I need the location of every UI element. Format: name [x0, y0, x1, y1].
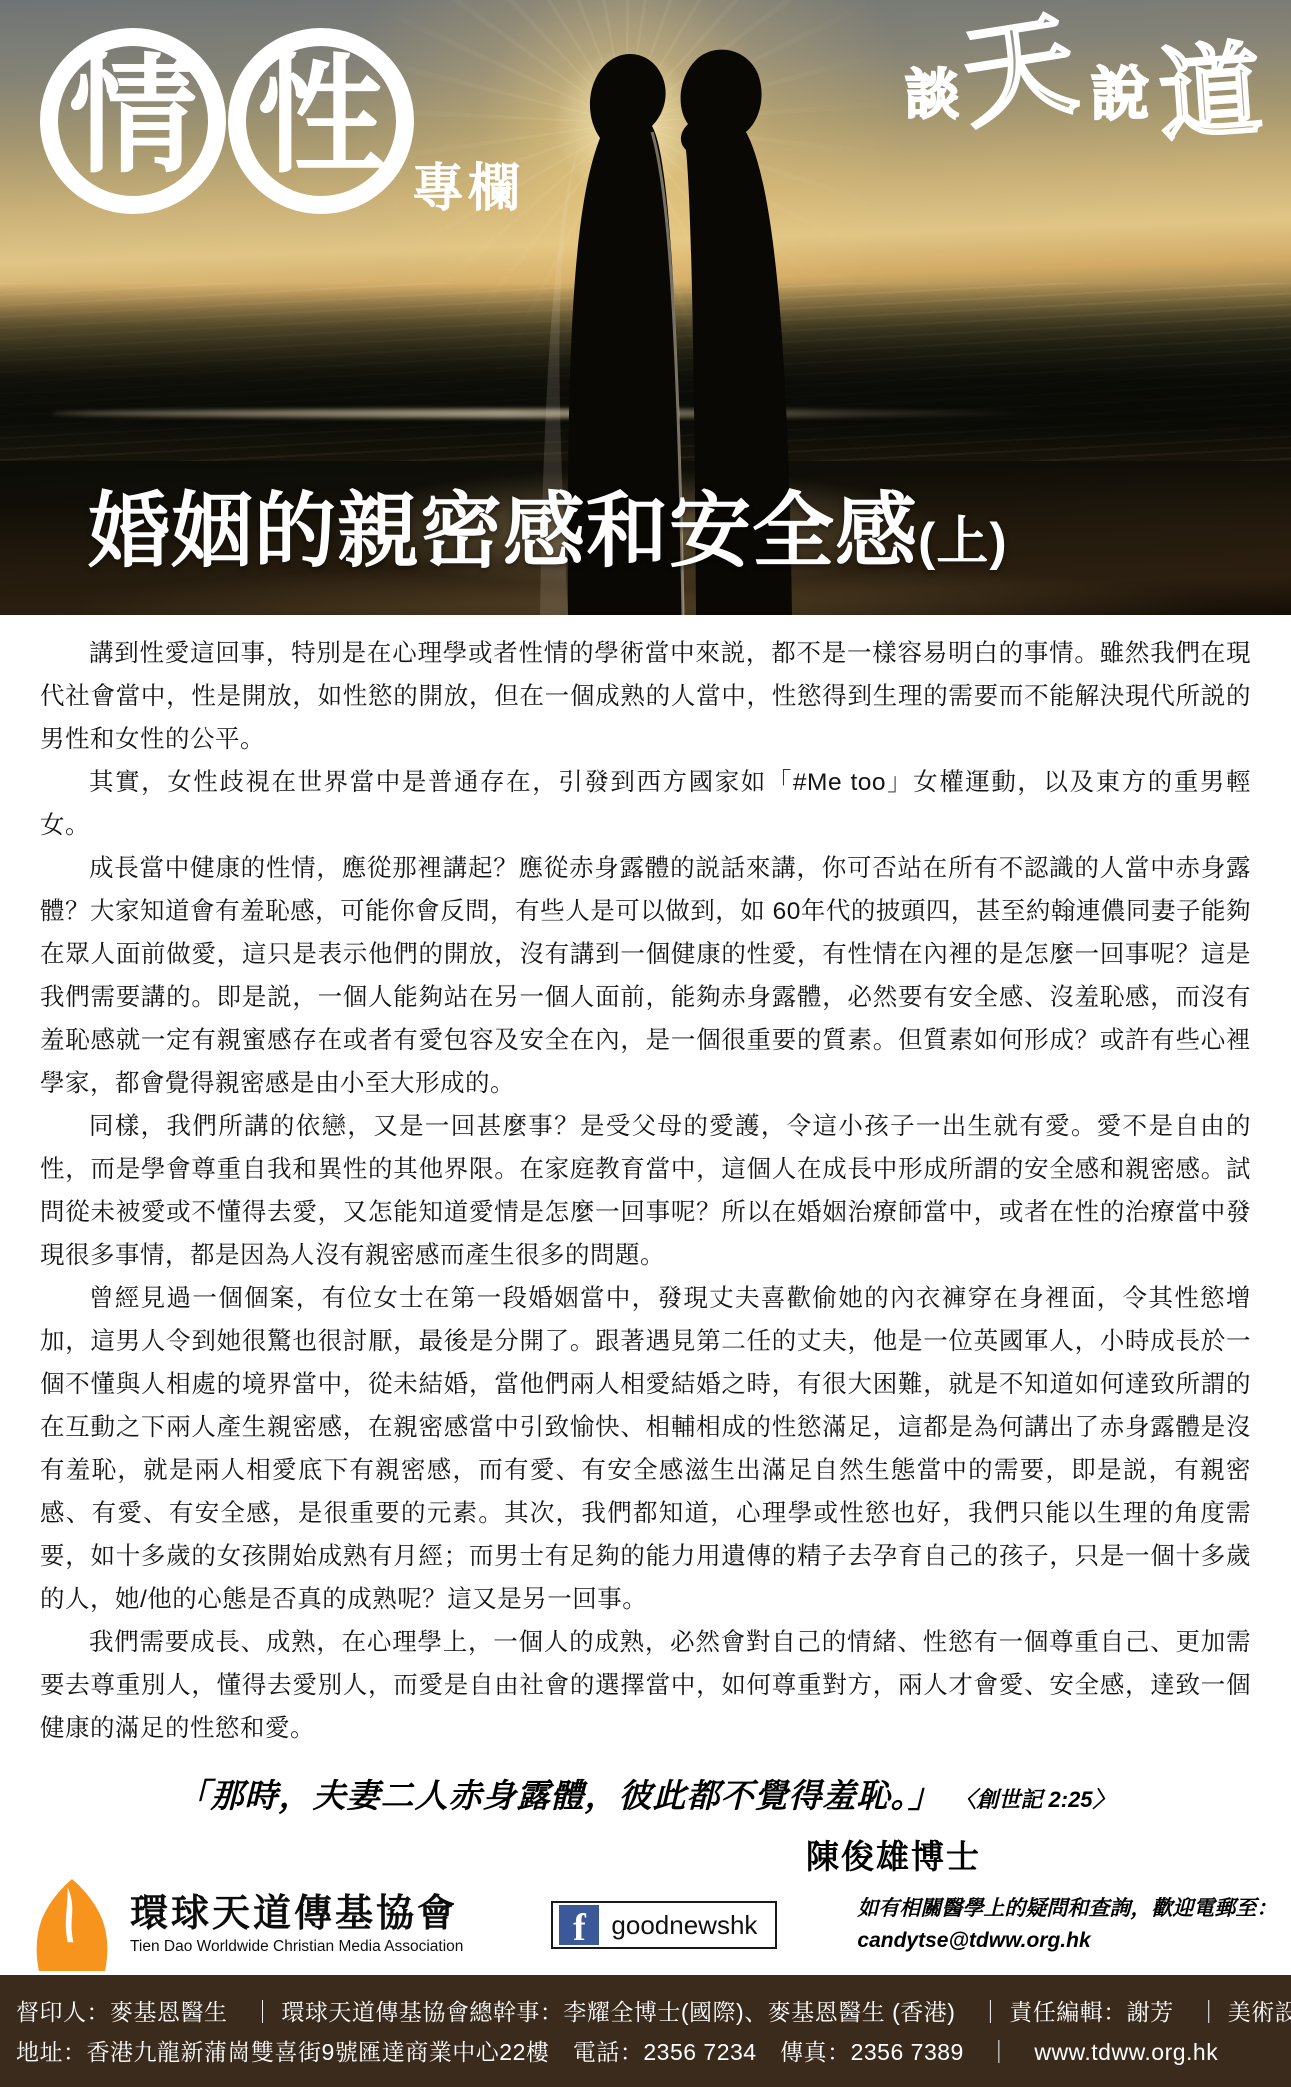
- org-names: 環球天道傳基協會 Tien Dao Worldwide Christian Me…: [130, 1894, 463, 1957]
- org-logo-flame-icon: [28, 1879, 116, 1971]
- publication-credits-bar: 督印人：麥基恩醫生 ｜ 環球天道傳基協會總幹事：李耀全博士(國際)、麥基恩醫生 …: [0, 1975, 1291, 2087]
- footer-band: 環球天道傳基協會 Tien Dao Worldwide Christian Me…: [0, 1875, 1291, 1975]
- article-paragraph: 其實，女性歧視在世界當中是普通存在，引發到西方國家如「#Me too」女權運動，…: [40, 761, 1251, 847]
- article-paragraph: 我們需要成長、成熟，在心理學上，一個人的成熟，必然會對自己的情緒、性慾有一個尊重…: [40, 1621, 1251, 1750]
- org-name-en: Tien Dao Worldwide Christian Media Assoc…: [130, 1938, 463, 1956]
- xing-circle-badge: 性: [228, 28, 414, 214]
- address-line: 地址：香港九龍新蒲崗雙喜街9號匯達商業中心22樓 電話：2356 7234 傳真…: [16, 2032, 1275, 2072]
- article-paragraph: 講到性愛這回事，特別是在心理學或者性情的學術當中來説，都不是一樣容易明白的事情。…: [40, 632, 1251, 761]
- article-body: 講到性愛這回事，特別是在心理學或者性情的學術當中來説，都不是一樣容易明白的事情。…: [0, 615, 1291, 1932]
- contact-block: 如有相關醫學上的疑問和查詢，歡迎電郵至： candytse@tdww.org.h…: [857, 1893, 1277, 1957]
- facebook-badge[interactable]: f goodnewshk: [551, 1901, 777, 1949]
- facebook-icon: f: [559, 1905, 599, 1945]
- qing-character: 情: [69, 53, 197, 181]
- contact-email[interactable]: candytse@tdww.org.hk: [857, 1925, 1277, 1957]
- calligraphy-char-dao: 道: [1156, 39, 1265, 148]
- scripture-reference: 〈創世記 2:25〉: [954, 1787, 1114, 1812]
- calligraphy-char-shuo: 說: [1091, 66, 1149, 124]
- website-link[interactable]: www.tdww.org.hk: [1034, 2039, 1218, 2065]
- author-name: 陳俊雄博士: [806, 1831, 1251, 1878]
- magazine-page: 情 性 專欄 談 天 說 道 婚姻的親密感和安全感(上) 講到性愛這回事，特別是…: [0, 0, 1291, 2087]
- scripture-quote: 「那時，夫妻二人赤身露體，彼此都不覺得羞恥。」: [176, 1777, 942, 1814]
- credits-line: 督印人：麥基恩醫生 ｜ 環球天道傳基協會總幹事：李耀全博士(國際)、麥基恩醫生 …: [16, 1992, 1275, 2032]
- column-label: 專欄: [412, 146, 524, 221]
- org-name-zh: 環球天道傳基協會: [130, 1894, 463, 1936]
- qing-circle-badge: 情: [40, 28, 226, 214]
- header-photo: 情 性 專欄 談 天 說 道 婚姻的親密感和安全感(上): [0, 0, 1291, 615]
- article-title: 婚姻的親密感和安全感(上): [88, 466, 1008, 583]
- org-identity: 環球天道傳基協會 Tien Dao Worldwide Christian Me…: [28, 1879, 463, 1971]
- article-paragraph: 成長當中健康的性情，應從那裡講起？應從赤身露體的説話來講，你可否站在所有不認識的…: [40, 847, 1251, 1105]
- xing-character: 性: [257, 53, 385, 181]
- contact-note: 如有相關醫學上的疑問和查詢，歡迎電郵至：: [857, 1893, 1277, 1925]
- address-text: 地址：香港九龍新蒲崗雙喜街9號匯達商業中心22樓 電話：2356 7234 傳真…: [16, 2039, 1034, 2065]
- article-paragraph: 同樣，我們所講的依戀，又是一回甚麼事？是受父母的愛護，令這小孩子一出生就有愛。愛…: [40, 1105, 1251, 1277]
- scripture-quote-row: 「那時，夫妻二人赤身露體，彼此都不覺得羞恥。」 〈創世記 2:25〉: [40, 1770, 1251, 1817]
- article-paragraph: 曾經見過一個個案，有位女士在第一段婚姻當中，發現丈夫喜歡偷她的內衣褲穿在身裡面，…: [40, 1277, 1251, 1621]
- article-title-main: 婚姻的親密感和安全感: [88, 486, 918, 577]
- masthead-calligraphy: 談 天 說 道: [905, 20, 1265, 190]
- facebook-page-name: goodnewshk: [611, 1910, 757, 1941]
- calligraphy-char-tian: 天: [955, 8, 1083, 136]
- article-title-part-label: (上): [918, 513, 1008, 571]
- calligraphy-char-tan: 談: [905, 68, 959, 122]
